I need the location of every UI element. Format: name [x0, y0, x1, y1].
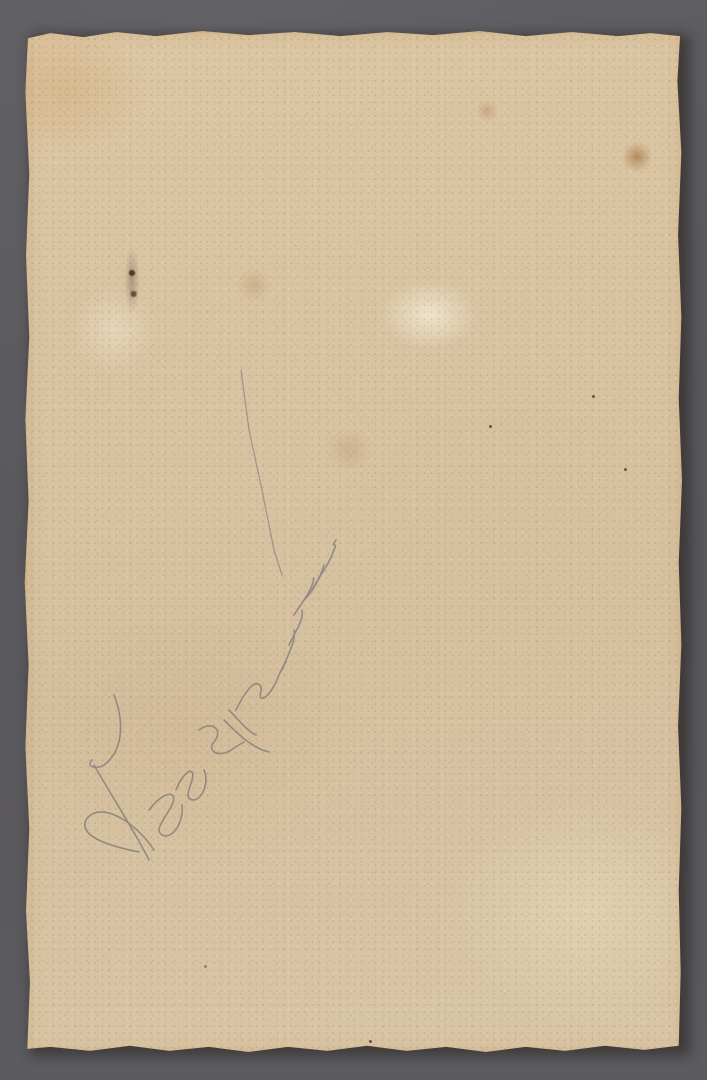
paper-speck	[369, 1040, 372, 1043]
paper-grain-texture	[24, 30, 684, 1054]
paper-speck	[592, 395, 595, 398]
foxing-stain	[234, 270, 274, 300]
grey-mount-board: illegible pencil signature	[0, 0, 707, 1080]
inscription-text: illegible pencil signature	[24, 30, 25, 31]
paper-speck	[489, 425, 492, 428]
foxing-stain	[324, 430, 374, 470]
paper-speck	[204, 965, 207, 968]
aged-paper-sheet: illegible pencil signature	[24, 30, 684, 1054]
paper-speck	[624, 468, 627, 471]
foxing-stain	[622, 142, 652, 172]
foxing-stain	[476, 100, 498, 122]
graphite-smudge	[124, 245, 140, 315]
